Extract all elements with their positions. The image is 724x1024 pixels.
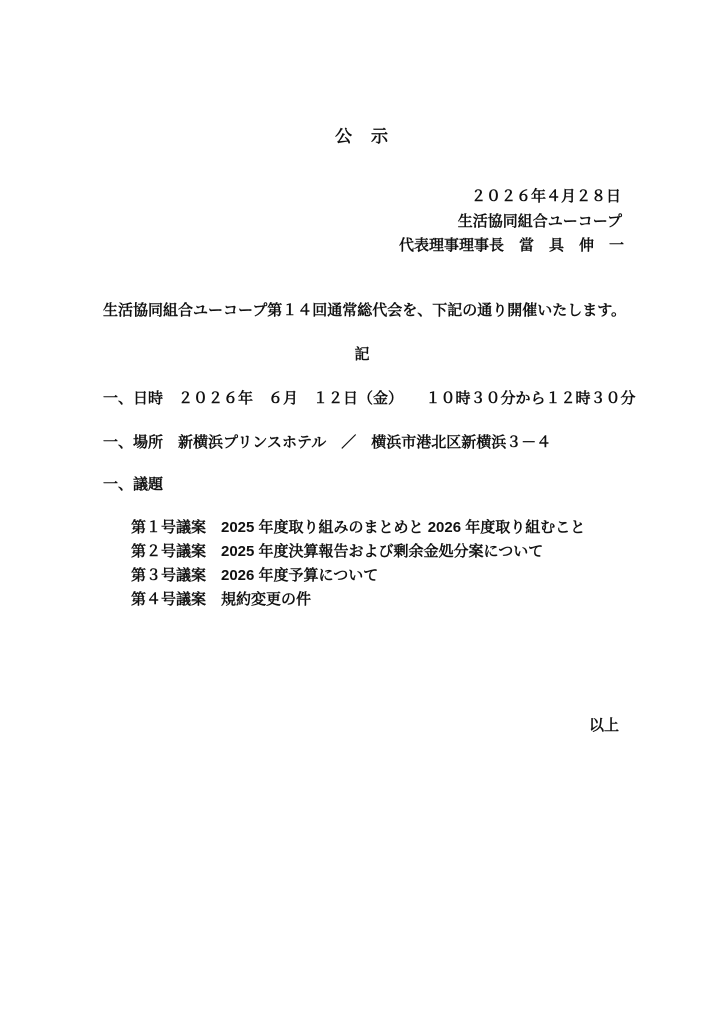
meeting-place-line: 一、場所 新横浜プリンスホテル ／ 横浜市港北区新横浜３－４ [103,431,551,452]
agenda-item-1: 第１号議案 2025 年度取り組みのまとめと 2026 年度取り組むこと [131,516,585,540]
notice-document-page: 公 示 ２０２６年４月２８日 生活協同組合ユーコープ 代表理事理事長 當 具 伸… [0,0,724,1024]
agenda-heading: 一、議題 [103,473,163,494]
agenda-item-3: 第３号議案 2026 年度予算について [131,564,585,588]
document-title: 公 示 [0,122,724,147]
announcement-text: 生活協同組合ユーコープ第１４回通常総代会を、下記の通り開催いたします。 [103,299,626,320]
representative-name: 代表理事理事長 當 具 伸 一 [399,234,624,255]
closing-marker: 以上 [589,714,619,735]
agenda-item-4: 第４号議案 規約変更の件 [131,588,585,612]
agenda-list: 第１号議案 2025 年度取り組みのまとめと 2026 年度取り組むこと 第２号… [131,516,585,612]
meeting-datetime-line: 一、日時 ２０２６年 ６月 １２日（金） １０時３０分から１２時３０分 [103,387,636,408]
agenda-item-2: 第２号議案 2025 年度決算報告および剰余金処分案について [131,540,585,564]
organization-name: 生活協同組合ユーコープ [458,210,622,231]
record-marker: 記 [0,343,724,364]
issued-date: ２０２６年４月２８日 [471,185,621,206]
